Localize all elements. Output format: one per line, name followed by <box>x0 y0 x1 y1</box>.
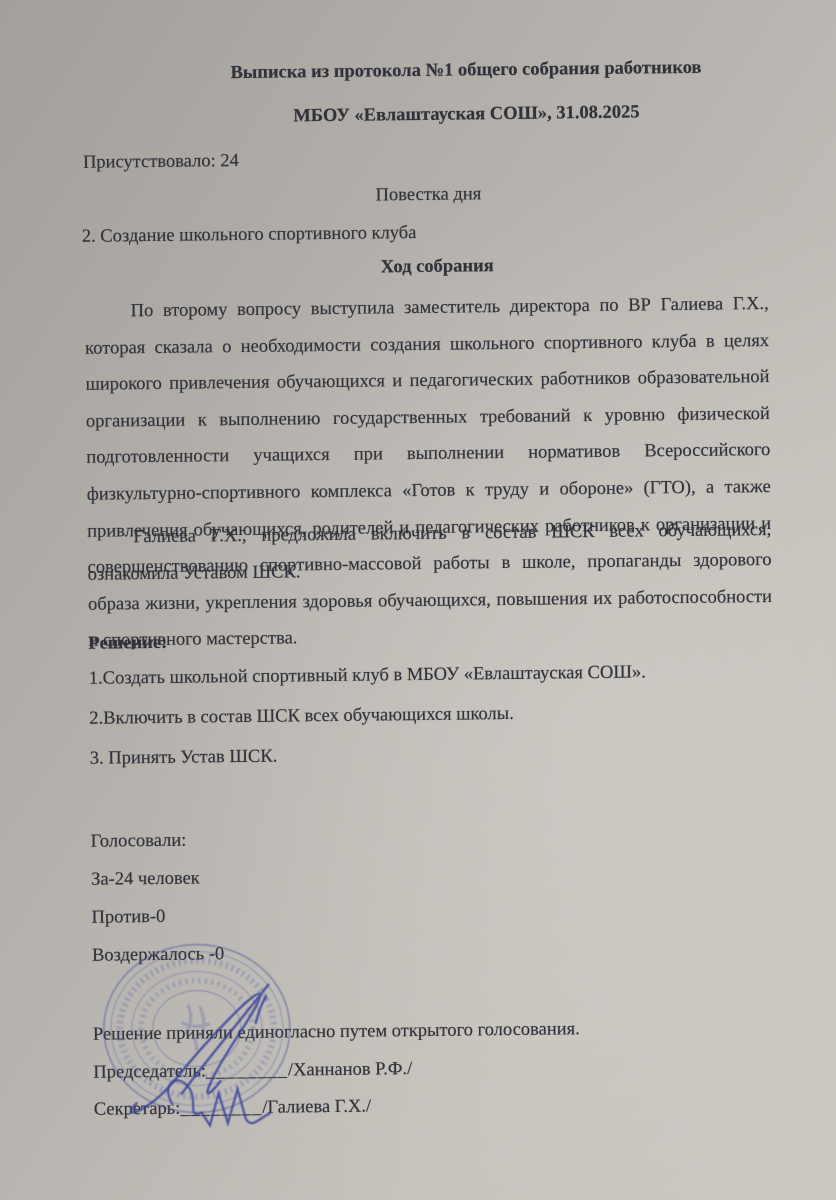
proceedings-paragraph-1: По второму вопросу выступила заместитель… <box>85 286 773 660</box>
agenda-item: 2. Создание школьного спортивного клуба <box>82 216 772 250</box>
secretary-signature-blank: ________ <box>180 1098 262 1119</box>
secretary-name: /Галиева Г.Х./ <box>262 1097 371 1118</box>
chairman-signature-blank: ________ <box>206 1061 288 1082</box>
decision-item-2: 2.Включить в состав ШСК всех обучающихся… <box>89 698 779 732</box>
attendance-count: Присутствовало: 24 <box>83 142 773 176</box>
vote-for: За-24 человек <box>91 859 781 893</box>
document-title-line-2: МБОУ «Евлаштауская СОШ», 31.08.2025 <box>120 97 812 131</box>
resolution-note: Решение приняли единогласно путем открыт… <box>93 1014 793 1048</box>
proceedings-paragraph-2: Галиева Г.Х., предложила включить в сост… <box>87 512 772 593</box>
secretary-role-label: Секретарь: <box>94 1099 181 1120</box>
document-photo: Выписка из протокола №1 общего собрания … <box>0 0 836 1200</box>
chairman-signature-row: Председатель:________/Ханнанов Р.Ф./ <box>93 1052 793 1086</box>
voting-heading: Голосовали: <box>91 821 781 855</box>
chairman-signature-ink <box>129 985 269 1113</box>
vote-abstained: Воздержалось -0 <box>92 935 782 969</box>
chairman-role-label: Председатель: <box>93 1061 206 1082</box>
agenda-heading: Повестка дня <box>83 178 773 212</box>
decision-item-1: 1.Создать школьной спортивный клуб в МБО… <box>89 658 779 692</box>
vote-against: Против-0 <box>91 897 781 931</box>
proceedings-heading: Ход собрания <box>92 250 782 284</box>
decision-item-3: 3. Принять Устав ШСК. <box>90 738 780 772</box>
secretary-signature-row: Секретарь:________/Галиева Г.Х./ <box>94 1089 794 1123</box>
protocol-page: Выписка из протокола №1 общего собрания … <box>0 0 836 1200</box>
chairman-name: /Ханнанов Р.Ф./ <box>288 1059 412 1080</box>
document-title-line-1: Выписка из протокола №1 общего собрания … <box>120 53 812 87</box>
